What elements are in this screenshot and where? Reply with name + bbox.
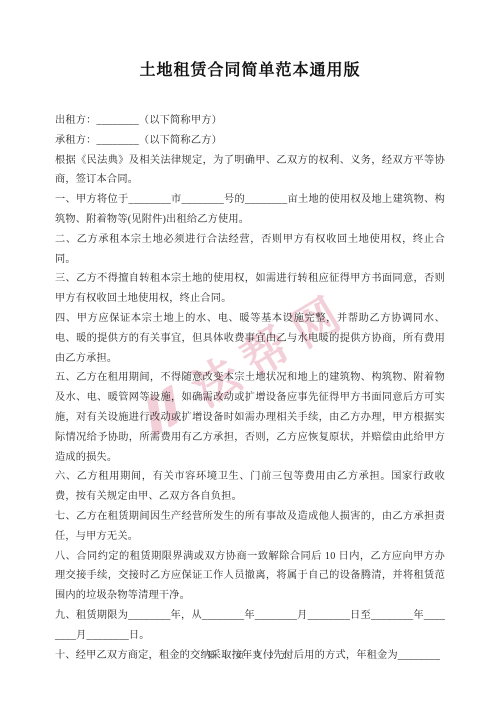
intro-paragraph: 根据《民法典》及相关法律规定，为了明确甲、乙双方的权利、义务，经双方平等协商，签… [55,151,445,191]
clause-paragraph-7: 七、乙方在租赁期间因生产经营所发生的所有事故及造成他人损害的，由乙方承担责任，与… [55,507,445,547]
clause-paragraph-4: 四、甲方应保证本宗土地上的水、电、暖等基本设施完整，并帮助乙方协调同水、电、暖的… [55,309,445,368]
party-line-lessee: 承租方：________（以下简称乙方） [55,131,445,151]
document-content: 土地租赁合同简单范本通用版 出租方：________（以下简称甲方） 承租方：_… [55,0,445,665]
clause-paragraph-6: 六、乙方租用期间，有关市容环境卫生、门前三包等费用由乙方承担。国家行政收费，按有… [55,467,445,507]
clause-paragraph-9: 九、租赁期限为________年，从________年________月____… [55,606,445,646]
document-title: 土地租赁合同简单范本通用版 [55,57,445,80]
party-line-lessor: 出租方：________（以下简称甲方） [55,111,445,131]
page-footer: 第 1 页 共 2 页 [0,649,500,661]
clause-paragraph-3: 三、乙方不得擅自转租本宗土地的使用权，如需进行转租应征得甲方书面同意，否则甲方有… [55,269,445,309]
clause-paragraph-2: 二、乙方承租本宗土地必须进行合法经营，否则甲方有权收回土地使用权，终止合同。 [55,230,445,270]
clause-paragraph-1: 一、甲方将位于________市________号的________亩土地的使用… [55,190,445,230]
clause-paragraph-8: 八、合同约定的租赁期限界满或双方协商一致解除合同后 10 日内，乙方应向甲方办理… [55,547,445,606]
clause-paragraph-5: 五、乙方在租用期间，不得随意改变本宗土地状况和地上的建筑物、构筑物、附着物及水、… [55,368,445,467]
document-page: 法帮网 土地租赁合同简单范本通用版 出租方：________（以下简称甲方） 承… [0,0,500,706]
